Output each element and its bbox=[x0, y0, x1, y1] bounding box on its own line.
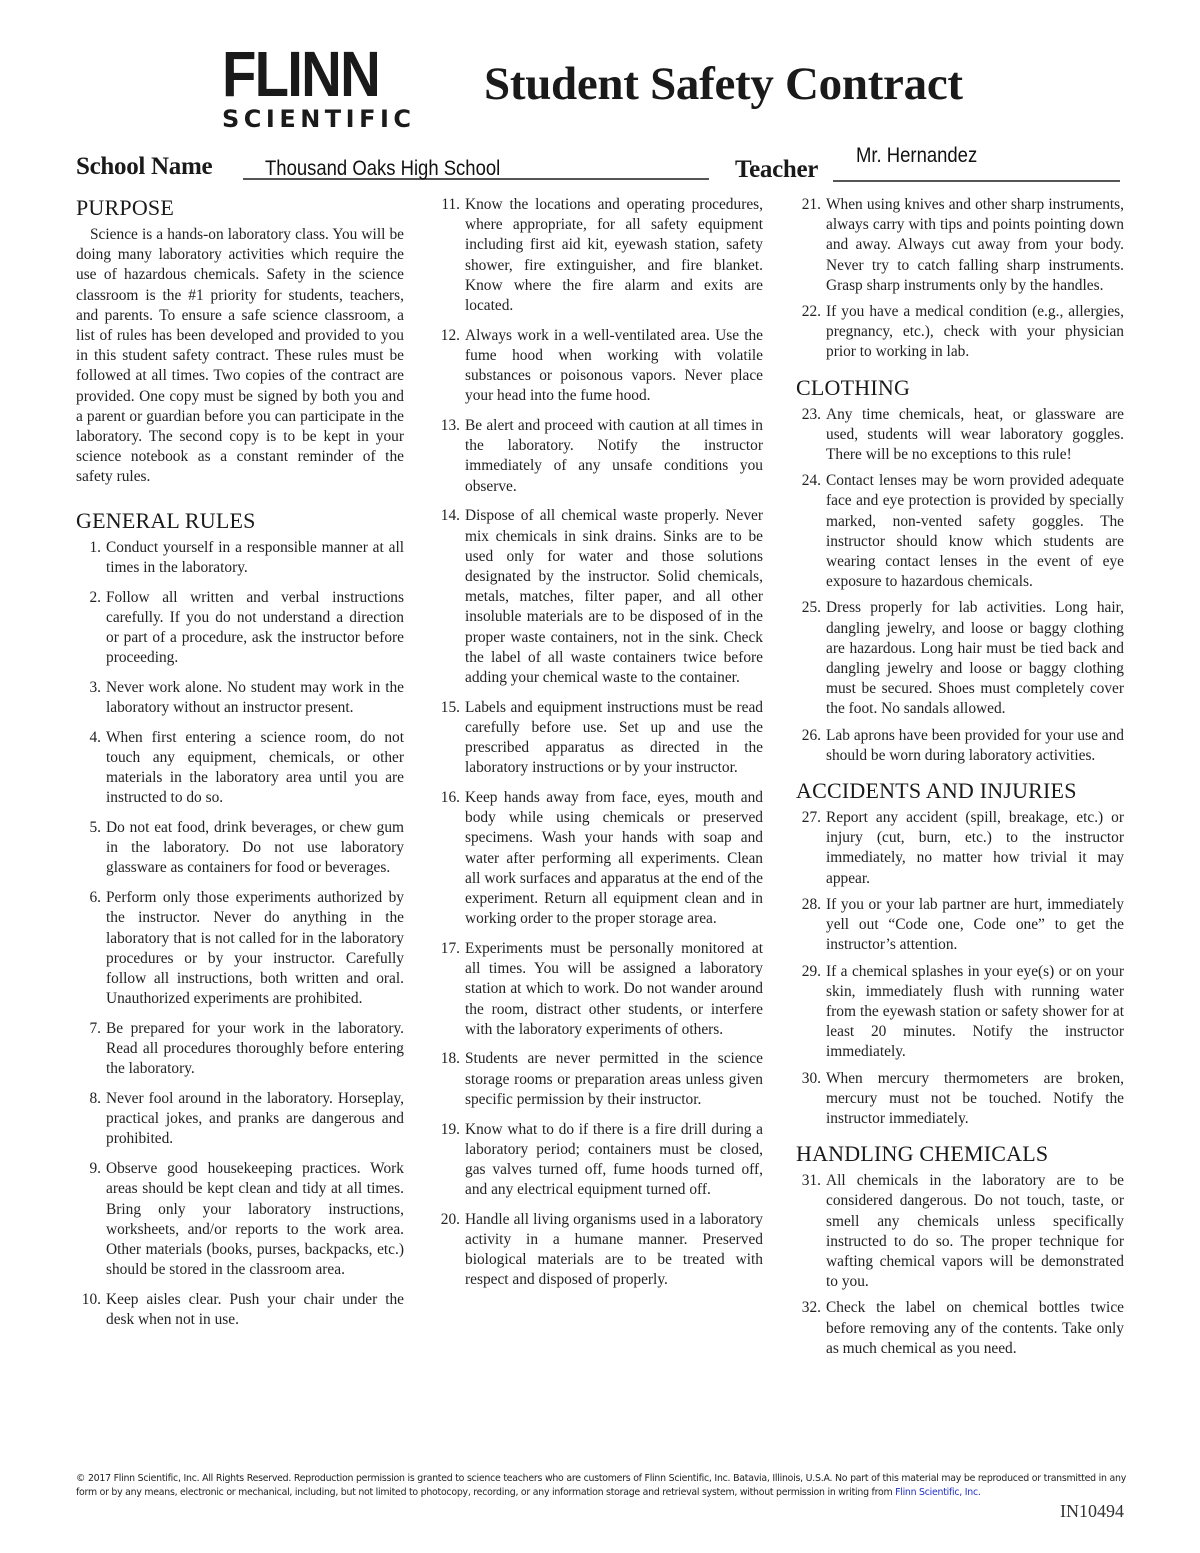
rule-text: If you have a medical condition (e.g., a… bbox=[826, 302, 1124, 363]
rule-8: 8.Never fool around in the laboratory. H… bbox=[76, 1089, 404, 1150]
rule-text: Be prepared for your work in the laborat… bbox=[106, 1019, 404, 1080]
rule-number: 31. bbox=[796, 1171, 826, 1292]
general-rules-heading: GENERAL RULES bbox=[76, 508, 404, 534]
purpose-text: Science is a hands-on laboratory class. … bbox=[76, 225, 404, 488]
rule-number: 1. bbox=[76, 538, 106, 578]
rule-number: 6. bbox=[76, 888, 106, 1009]
rule-number: 27. bbox=[796, 808, 826, 889]
rule-30: 30.When mercury thermometers are broken,… bbox=[796, 1069, 1124, 1130]
rule-text: Keep hands away from face, eyes, mouth a… bbox=[465, 788, 763, 929]
rule-9: 9.Observe good housekeeping practices. W… bbox=[76, 1159, 404, 1280]
rule-text: Be alert and proceed with caution at all… bbox=[465, 416, 763, 497]
rule-4: 4.When first entering a science room, do… bbox=[76, 728, 404, 809]
rule-28: 28.If you or your lab partner are hurt, … bbox=[796, 895, 1124, 956]
rule-32: 32.Check the label on chemical bottles t… bbox=[796, 1298, 1124, 1359]
rule-text: Dress properly for lab activities. Long … bbox=[826, 598, 1124, 719]
rule-number: 4. bbox=[76, 728, 106, 809]
rule-number: 11. bbox=[435, 195, 465, 316]
rule-22: 22.If you have a medical condition (e.g.… bbox=[796, 302, 1124, 363]
rule-number: 16. bbox=[435, 788, 465, 929]
rule-text: If a chemical splashes in your eye(s) or… bbox=[826, 962, 1124, 1063]
rule-number: 18. bbox=[435, 1049, 465, 1110]
teacher-underline bbox=[833, 180, 1120, 182]
rule-text: Students are never permitted in the scie… bbox=[465, 1049, 763, 1110]
rule-text: Do not eat food, drink beverages, or che… bbox=[106, 818, 404, 879]
logo-wordmark-flinn: FLINN bbox=[222, 46, 412, 102]
rule-26: 26.Lab aprons have been provided for you… bbox=[796, 726, 1124, 766]
rule-14: 14.Dispose of all chemical waste properl… bbox=[435, 506, 763, 688]
rule-24: 24.Contact lenses may be worn provided a… bbox=[796, 471, 1124, 592]
rule-text: Know the locations and operating procedu… bbox=[465, 195, 763, 316]
rule-number: 30. bbox=[796, 1069, 826, 1130]
rule-text: Contact lenses may be worn provided adeq… bbox=[826, 471, 1124, 592]
rule-number: 8. bbox=[76, 1089, 106, 1150]
teacher-input[interactable]: Mr. Hernandez bbox=[856, 144, 977, 168]
rule-11: 11.Know the locations and operating proc… bbox=[435, 195, 763, 316]
rule-text: All chemicals in the laboratory are to b… bbox=[826, 1171, 1124, 1292]
rule-number: 32. bbox=[796, 1298, 826, 1359]
copyright-notice: © 2017 Flinn Scientific, Inc. All Rights… bbox=[76, 1472, 1126, 1500]
rule-text: Know what to do if there is a fire drill… bbox=[465, 1120, 763, 1201]
rule-text: Labels and equipment instructions must b… bbox=[465, 698, 763, 779]
rule-25: 25.Dress properly for lab activities. Lo… bbox=[796, 598, 1124, 719]
column-2: 11.Know the locations and operating proc… bbox=[435, 195, 763, 1300]
rule-17: 17.Experiments must be personally monito… bbox=[435, 939, 763, 1040]
flinn-scientific-link[interactable]: Flinn Scientific, Inc. bbox=[895, 1487, 981, 1498]
purpose-heading: PURPOSE bbox=[76, 195, 404, 221]
rule-number: 2. bbox=[76, 588, 106, 669]
rule-19: 19.Know what to do if there is a fire dr… bbox=[435, 1120, 763, 1201]
rule-13: 13.Be alert and proceed with caution at … bbox=[435, 416, 763, 497]
rule-number: 10. bbox=[76, 1290, 106, 1330]
rule-text: Experiments must be personally monitored… bbox=[465, 939, 763, 1040]
flinn-scientific-logo: FLINN SCIENTIFIC bbox=[222, 46, 438, 132]
rule-7: 7.Be prepared for your work in the labor… bbox=[76, 1019, 404, 1080]
rule-6: 6.Perform only those experiments authori… bbox=[76, 888, 404, 1009]
rule-number: 15. bbox=[435, 698, 465, 779]
rule-text: When first entering a science room, do n… bbox=[106, 728, 404, 809]
rule-16: 16.Keep hands away from face, eyes, mout… bbox=[435, 788, 763, 929]
rule-number: 7. bbox=[76, 1019, 106, 1080]
rule-text: Follow all written and verbal instructio… bbox=[106, 588, 404, 669]
rule-text: Handle all living organisms used in a la… bbox=[465, 1210, 763, 1291]
rule-number: 23. bbox=[796, 405, 826, 466]
rule-text: Never work alone. No student may work in… bbox=[106, 678, 404, 718]
rule-number: 19. bbox=[435, 1120, 465, 1201]
rule-number: 28. bbox=[796, 895, 826, 956]
accidents-heading: ACCIDENTS AND INJURIES bbox=[796, 778, 1124, 804]
rule-text: Any time chemicals, heat, or glassware a… bbox=[826, 405, 1124, 466]
rule-number: 13. bbox=[435, 416, 465, 497]
rule-31: 31.All chemicals in the laboratory are t… bbox=[796, 1171, 1124, 1292]
document-id: IN10494 bbox=[1060, 1500, 1124, 1522]
rule-text: Dispose of all chemical waste properly. … bbox=[465, 506, 763, 688]
rule-text: Keep aisles clear. Push your chair under… bbox=[106, 1290, 404, 1330]
rule-27: 27.Report any accident (spill, breakage,… bbox=[796, 808, 1124, 889]
rule-number: 21. bbox=[796, 195, 826, 296]
school-name-input[interactable]: Thousand Oaks High School bbox=[265, 157, 500, 181]
column-1: PURPOSE Science is a hands-on laboratory… bbox=[76, 195, 404, 1340]
rule-3: 3.Never work alone. No student may work … bbox=[76, 678, 404, 718]
rule-text: If you or your lab partner are hurt, imm… bbox=[826, 895, 1124, 956]
rule-29: 29.If a chemical splashes in your eye(s)… bbox=[796, 962, 1124, 1063]
handling-chemicals-heading: HANDLING CHEMICALS bbox=[796, 1141, 1124, 1167]
rule-number: 24. bbox=[796, 471, 826, 592]
rule-number: 25. bbox=[796, 598, 826, 719]
rule-21: 21.When using knives and other sharp ins… bbox=[796, 195, 1124, 296]
column-3: 21.When using knives and other sharp ins… bbox=[796, 195, 1124, 1365]
rule-18: 18.Students are never permitted in the s… bbox=[435, 1049, 763, 1110]
rule-text: Lab aprons have been provided for your u… bbox=[826, 726, 1124, 766]
rule-text: Observe good housekeeping practices. Wor… bbox=[106, 1159, 404, 1280]
rule-number: 29. bbox=[796, 962, 826, 1063]
rule-text: When using knives and other sharp instru… bbox=[826, 195, 1124, 296]
page-title: Student Safety Contract bbox=[484, 56, 963, 112]
rule-number: 26. bbox=[796, 726, 826, 766]
rule-text: Never fool around in the laboratory. Hor… bbox=[106, 1089, 404, 1150]
rule-10: 10.Keep aisles clear. Push your chair un… bbox=[76, 1290, 404, 1330]
rule-number: 22. bbox=[796, 302, 826, 363]
rule-number: 17. bbox=[435, 939, 465, 1040]
rule-number: 3. bbox=[76, 678, 106, 718]
rule-number: 20. bbox=[435, 1210, 465, 1291]
rule-1: 1.Conduct yourself in a responsible mann… bbox=[76, 538, 404, 578]
rule-text: Report any accident (spill, breakage, et… bbox=[826, 808, 1124, 889]
rule-text: Check the label on chemical bottles twic… bbox=[826, 1298, 1124, 1359]
rule-12: 12.Always work in a well-ventilated area… bbox=[435, 326, 763, 407]
school-name-label: School Name bbox=[76, 152, 212, 182]
rule-15: 15.Labels and equipment instructions mus… bbox=[435, 698, 763, 779]
rule-number: 12. bbox=[435, 326, 465, 407]
rule-number: 9. bbox=[76, 1159, 106, 1280]
rule-5: 5.Do not eat food, drink beverages, or c… bbox=[76, 818, 404, 879]
rule-text: Conduct yourself in a responsible manner… bbox=[106, 538, 404, 578]
teacher-label: Teacher bbox=[735, 155, 818, 185]
rule-23: 23.Any time chemicals, heat, or glasswar… bbox=[796, 405, 1124, 466]
clothing-heading: CLOTHING bbox=[796, 375, 1124, 401]
rule-number: 14. bbox=[435, 506, 465, 688]
rule-text: Always work in a well-ventilated area. U… bbox=[465, 326, 763, 407]
rule-20: 20.Handle all living organisms used in a… bbox=[435, 1210, 763, 1291]
rule-text: Perform only those experiments authorize… bbox=[106, 888, 404, 1009]
rule-2: 2.Follow all written and verbal instruct… bbox=[76, 588, 404, 669]
rule-number: 5. bbox=[76, 818, 106, 879]
rule-text: When mercury thermometers are broken, me… bbox=[826, 1069, 1124, 1130]
